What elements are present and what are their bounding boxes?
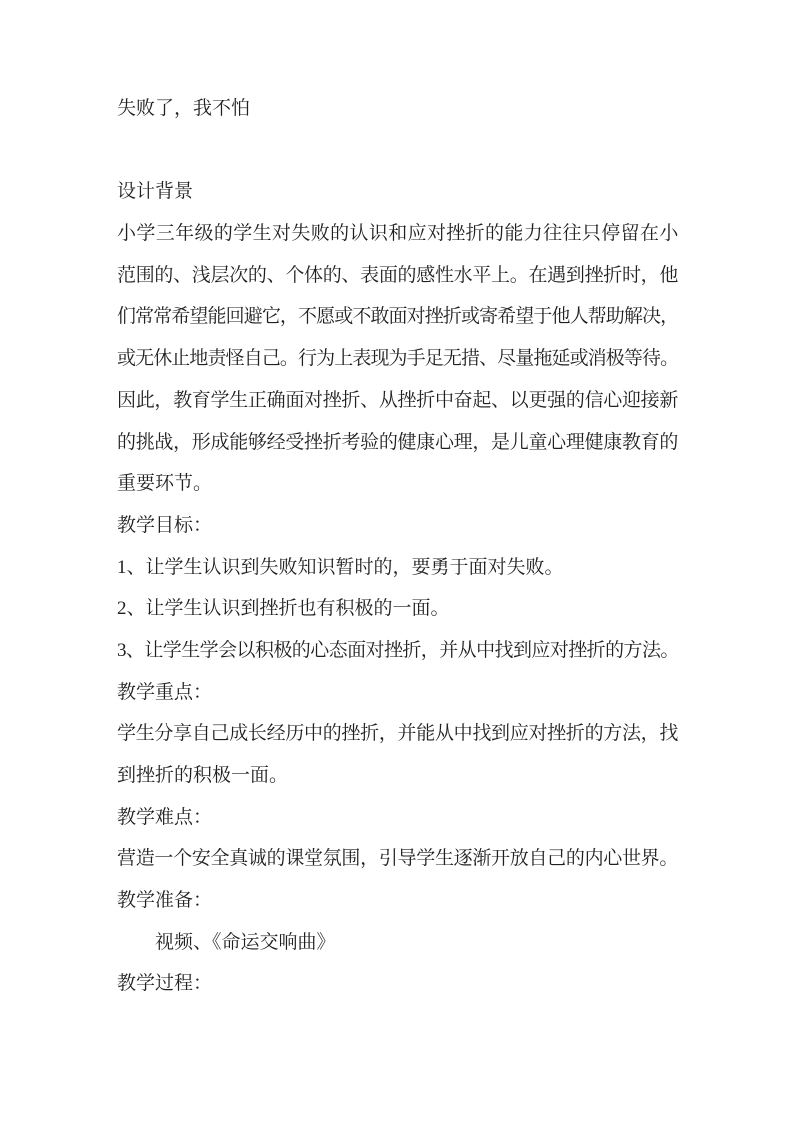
- doc-title: 失败了，我不怕: [117, 88, 678, 130]
- document-page: 失败了，我不怕 设计背景 小学三年级的学生对失败的认识和应对挫折的能力往往只停留…: [0, 0, 793, 1122]
- doc-line: 学生分享自己成长经历中的挫折，并能从中找到应对挫折的方法，找: [117, 713, 678, 755]
- doc-list-item: 1、让学生认识到失败知识暂时的，要勇于面对失败。: [117, 547, 678, 589]
- blank-line: [117, 130, 678, 172]
- document-content: 失败了，我不怕 设计背景 小学三年级的学生对失败的认识和应对挫折的能力往往只停留…: [0, 0, 793, 1005]
- doc-line: 或无休止地责怪自己。行为上表现为手足无措、尽量拖延或消极等待。: [117, 338, 678, 380]
- doc-heading-teaching-key-points: 教学重点：: [117, 672, 678, 714]
- doc-line: 到挫折的积极一面。: [117, 755, 678, 797]
- doc-line: 范围的、浅层次的、个体的、表面的感性水平上。在遇到挫折时，他: [117, 255, 678, 297]
- doc-heading-teaching-process: 教学过程：: [117, 963, 678, 1005]
- doc-line: 营造一个安全真诚的课堂氛围，引导学生逐渐开放自己的内心世界。: [117, 838, 678, 880]
- doc-line: 们常常希望能回避它，不愿或不敢面对挫折或寄希望于他人帮助解决，: [117, 296, 678, 338]
- doc-line: 重要环节。: [117, 463, 678, 505]
- doc-line: 小学三年级的学生对失败的认识和应对挫折的能力往往只停留在小: [117, 213, 678, 255]
- doc-line: 的挑战，形成能够经受挫折考验的健康心理，是儿童心理健康教育的: [117, 422, 678, 464]
- doc-heading-design-background: 设计背景: [117, 171, 678, 213]
- doc-line: 因此，教育学生正确面对挫折、从挫折中奋起、以更强的信心迎接新: [117, 380, 678, 422]
- doc-list-item: 3、让学生学会以积极的心态面对挫折，并从中找到应对挫折的方法。: [117, 630, 678, 672]
- doc-heading-teaching-difficulties: 教学难点：: [117, 797, 678, 839]
- doc-heading-teaching-preparation: 教学准备：: [117, 880, 678, 922]
- doc-list-item: 2、让学生认识到挫折也有积极的一面。: [117, 588, 678, 630]
- doc-heading-teaching-goals: 教学目标：: [117, 505, 678, 547]
- doc-line-materials: 视频、《命运交响曲》: [117, 922, 678, 964]
